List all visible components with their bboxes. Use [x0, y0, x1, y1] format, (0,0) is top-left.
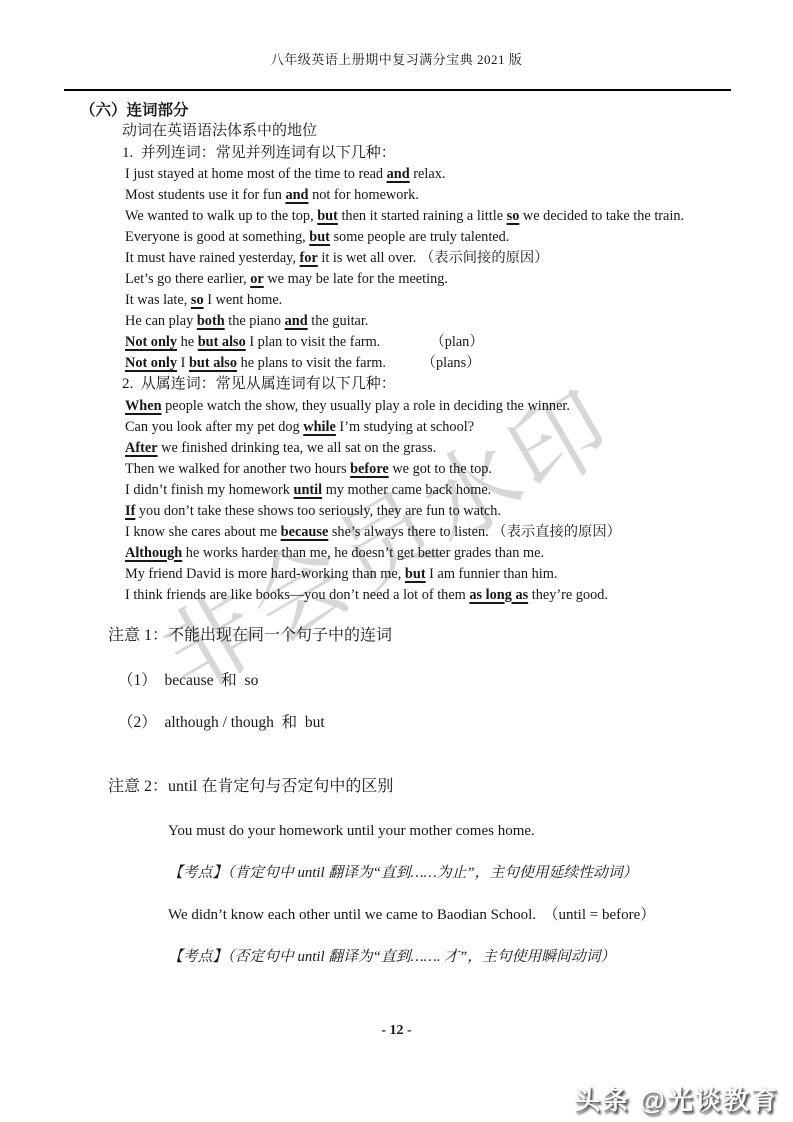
example-sentence: It was late, so I went home.: [125, 290, 773, 311]
example-sentence: I didn’t finish my homework until my mot…: [125, 480, 773, 501]
page-number: - 12 -: [0, 1023, 793, 1039]
document-content: （六）连词部分 动词在英语语法体系中的地位 1. 并列连词：常见并列连词有以下几…: [80, 100, 773, 966]
document-page: 八年级英语上册期中复习满分宝典 2021 版 非会员水印 （六）连词部分 动词在…: [0, 0, 793, 1122]
example-sentence: After we finished drinking tea, we all s…: [125, 438, 773, 459]
section-title: （六）连词部分: [80, 100, 773, 121]
note1-title: 注意 1：不能出现在同一个句子中的连词: [108, 622, 773, 645]
until-keypoint-negative: 【考点】（否定句中 until 翻译为“直到……. 才”，主句使用瞬间动词）: [168, 945, 773, 966]
coordinating-conjunctions-heading: 1. 并列连词：常见并列连词有以下几种：: [122, 143, 773, 165]
example-sentence: Not only I but also he plans to visit th…: [125, 353, 773, 374]
brand-watermark: 头条 @光谈教育: [574, 1080, 779, 1117]
example-sentence: It must have rained yesterday, for it is…: [125, 248, 773, 269]
example-sentence: Not only he but also I plan to visit the…: [125, 332, 773, 353]
example-sentence: My friend David is more hard-working tha…: [125, 564, 773, 585]
note1-item: （2） although / though 和 but: [118, 710, 773, 732]
until-example-negative: We didn’t know each other until we came …: [168, 903, 773, 924]
example-sentence: He can play both the piano and the guita…: [125, 311, 773, 332]
note1-item: （1） because 和 so: [118, 668, 773, 690]
example-sentence: I think friends are like books—you don’t…: [125, 585, 773, 606]
example-sentence: Can you look after my pet dog while I’m …: [125, 417, 773, 438]
until-example-affirmative: You must do your homework until your mot…: [168, 823, 773, 840]
doc-header-title: 八年级英语上册期中复习满分宝典 2021 版: [0, 0, 793, 68]
subordinating-conjunctions-heading: 2. 从属连词：常见从属连词有以下几种：: [122, 374, 773, 396]
header-divider: [64, 89, 731, 91]
example-sentence: Then we walked for another two hours bef…: [125, 459, 773, 480]
note2-title: 注意 2：until 在肯定句与否定句中的区别: [108, 773, 773, 796]
example-sentence: I just stayed at home most of the time t…: [125, 164, 773, 185]
example-sentence: If you don’t take these shows too seriou…: [125, 501, 773, 522]
section-intro: 动词在英语语法体系中的地位: [122, 121, 773, 143]
example-sentence: Most students use it for fun and not for…: [125, 185, 773, 206]
example-sentence: We wanted to walk up to the top, but the…: [125, 206, 773, 227]
example-sentence: Everyone is good at something, but some …: [125, 227, 773, 248]
example-sentence: Let’s go there earlier, or we may be lat…: [125, 269, 773, 290]
example-sentence: When people watch the show, they usually…: [125, 396, 773, 417]
example-sentence: Although he works harder than me, he doe…: [125, 543, 773, 564]
until-keypoint-affirmative: 【考点】（肯定句中 until 翻译为“直到……为止”，主句使用延续性动词）: [168, 861, 773, 882]
example-sentence: I know she cares about me because she’s …: [125, 522, 773, 543]
